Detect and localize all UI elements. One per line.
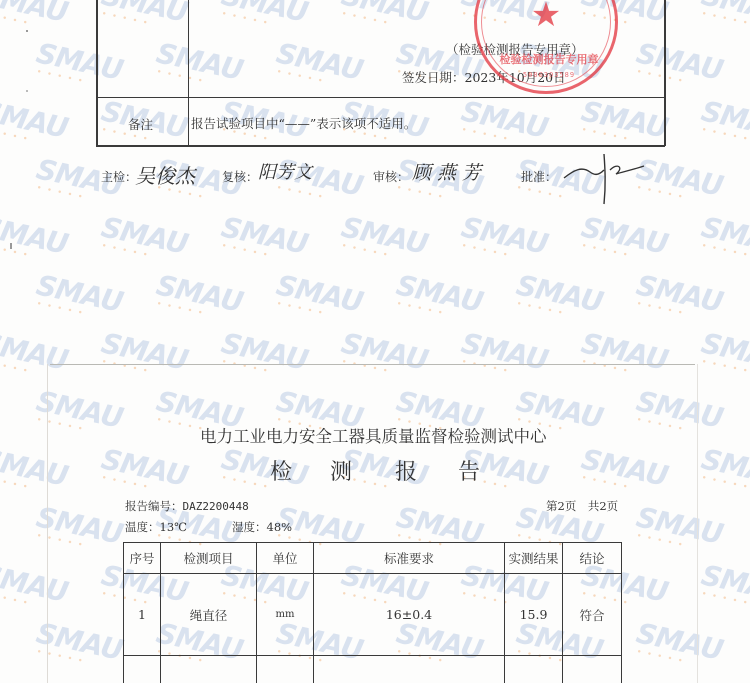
table-header-cell: 实测结果 bbox=[505, 543, 562, 573]
report-title-char: 测 bbox=[330, 455, 352, 486]
table-cell: 16±0.4 bbox=[314, 574, 504, 655]
table-header-cell: 检测项目 bbox=[161, 543, 256, 573]
page-edge-top bbox=[50, 364, 695, 365]
table-cell: 绳直径 bbox=[161, 574, 256, 655]
report-page-2: 电力工业电力安全工器具质量监督检验测试中心 检 测 报 告 报告编号：DAZ22… bbox=[0, 0, 750, 683]
page-edge-right bbox=[697, 364, 698, 683]
org-title: 电力工业电力安全工器具质量监督检验测试中心 bbox=[200, 423, 547, 447]
table-header-cell: 结论 bbox=[563, 543, 621, 573]
page-info: 第2页 共2页 bbox=[546, 498, 618, 514]
table-line bbox=[123, 655, 622, 656]
report-number: 报告编号：DAZ2200448 bbox=[125, 498, 249, 514]
temperature-label: 温度： bbox=[125, 520, 160, 534]
table-header-cell: 序号 bbox=[124, 543, 160, 573]
table-cell: 1 bbox=[124, 574, 160, 655]
report-number-label: 报告编号： bbox=[125, 499, 183, 513]
table-cell: 15.9 bbox=[505, 574, 562, 655]
report-title-char: 告 bbox=[458, 455, 480, 486]
table-cell: mm bbox=[257, 574, 313, 655]
table-header-cell: 标准要求 bbox=[314, 543, 504, 573]
temperature-value: 13℃ bbox=[160, 520, 188, 534]
humidity-label: 湿度： bbox=[232, 520, 267, 534]
humidity: 湿度：48% bbox=[232, 519, 292, 535]
report-title-char: 报 bbox=[395, 455, 417, 486]
humidity-value: 48% bbox=[267, 520, 293, 534]
report-title-char: 检 bbox=[270, 455, 292, 486]
table-line bbox=[621, 542, 622, 683]
temperature: 温度：13℃ bbox=[125, 519, 187, 535]
table-header-cell: 单位 bbox=[257, 543, 313, 573]
report-number-value: DAZ2200448 bbox=[183, 500, 249, 513]
page-edge-left bbox=[47, 364, 48, 683]
table-cell: 符合 bbox=[563, 574, 621, 655]
